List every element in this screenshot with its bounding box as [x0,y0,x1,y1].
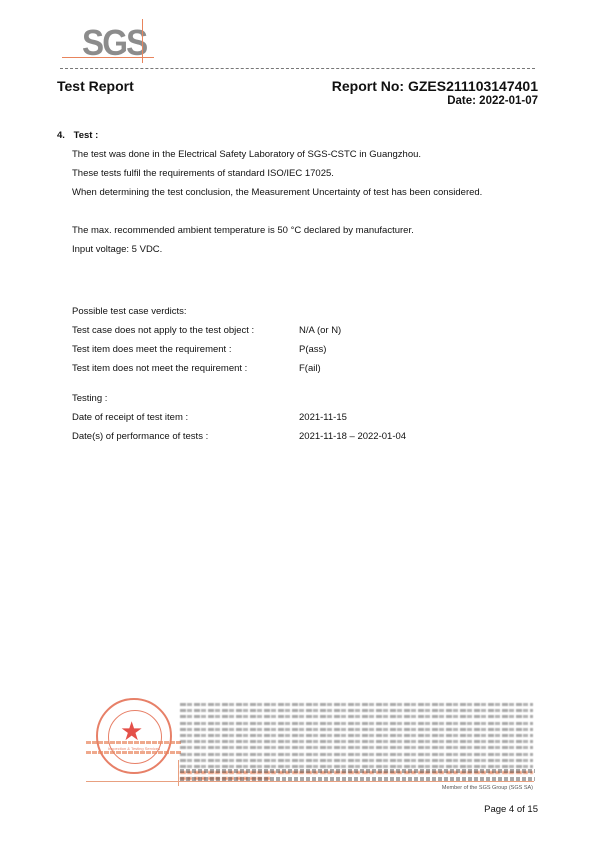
section-title: Test : [74,130,99,141]
sgs-logo: SGS [62,14,158,66]
testing-label: Date of receipt of test item : [72,408,299,427]
logo-crosshair-vertical [142,19,143,63]
address-line-english [180,769,535,773]
testing-row: Date(s) of performance of tests : 2021-1… [72,427,406,446]
footer-divider [86,781,534,782]
section-line: These tests fulfil the requirements of s… [72,164,537,183]
company-name-illegible [86,738,181,754]
verdict-value: P(ass) [299,340,326,359]
sgs-member-note: Member of the SGS Group (SGS SA) [442,785,533,791]
section-line: The test was done in the Electrical Safe… [72,145,537,164]
section-line: When determining the test conclusion, th… [72,183,537,202]
testing-heading: Testing : [72,389,406,408]
verdict-value: N/A (or N) [299,321,341,340]
verdicts-block: Possible test case verdicts: Test case d… [72,302,341,378]
test-dates: 2021-11-18 – 2022-01-04 [299,427,406,446]
report-meta: Report No: GZES211103147401 Date: 2022-0… [332,78,538,108]
report-date: Date: 2022-01-07 [332,94,538,108]
footer-separator [178,760,179,786]
verdict-label: Test item does not meet the requirement … [72,359,299,378]
page-number: Page 4 of 15 [484,804,538,815]
section-body: The test was done in the Electrical Safe… [57,145,537,259]
header-divider [60,68,535,69]
verdict-row: Test item does meet the requirement : P(… [72,340,341,359]
verdict-row: Test item does not meet the requirement … [72,359,341,378]
verdict-row: Test case does not apply to the test obj… [72,321,341,340]
input-voltage: Input voltage: 5 VDC. [72,240,537,259]
section-number: 4. [57,126,71,145]
verdicts-heading: Possible test case verdicts: [72,302,341,321]
document-title: Test Report [57,78,134,94]
testing-row: Date of receipt of test item : 2021-11-1… [72,408,406,427]
verdict-label: Test item does meet the requirement : [72,340,299,359]
report-number: Report No: GZES211103147401 [332,78,538,94]
verdict-label: Test case does not apply to the test obj… [72,321,299,340]
logo-crosshair-horizontal [62,57,154,58]
receipt-date: 2021-11-15 [299,408,347,427]
company-seal-stamp: ★ Inspection & Testing Services [96,698,172,774]
testing-block: Testing : Date of receipt of test item :… [72,389,406,446]
testing-label: Date(s) of performance of tests : [72,427,299,446]
ambient-temperature: The max. recommended ambient temperature… [72,221,537,240]
section-test: 4. Test : The test was done in the Elect… [57,126,537,259]
section-heading: 4. Test : [57,126,537,145]
verdict-value: F(ail) [299,359,321,378]
